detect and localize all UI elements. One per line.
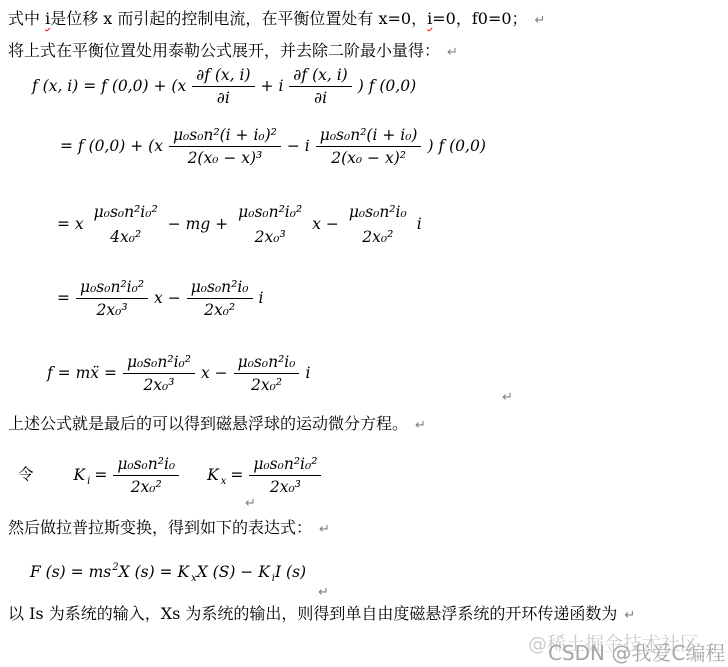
formula-term: ) f (0,0) xyxy=(358,77,416,95)
formula-term: i xyxy=(305,364,310,382)
fraction: ∂f (x, i)∂i xyxy=(289,66,351,107)
fraction: μ₀s₀n²(i + i₀)²2(x₀ − x)³ xyxy=(169,126,281,167)
formula-term: = x xyxy=(57,215,84,233)
formula-term: i xyxy=(417,215,422,233)
fraction: μ₀s₀n²i₀²2x₀³ xyxy=(76,278,148,319)
fraction-numerator: μ₀s₀n²i₀² xyxy=(90,203,162,226)
formula-term: = xyxy=(94,466,107,484)
fraction-numerator: ∂f (x, i) xyxy=(192,66,254,87)
text-segment: 上述公式就是最后的可以得到磁悬浮球的运动微分方程。 xyxy=(8,414,408,433)
fraction: μ₀s₀n²i₀²2x₀³ xyxy=(249,455,321,496)
formula-term: F (s) = ms xyxy=(30,563,111,581)
fraction-numerator: μ₀s₀n²i₀ xyxy=(113,455,179,476)
document-page: 式中 i是位移 x 而引起的控制电流，在平衡位置处有 x=0，i=0，f0=0；… xyxy=(0,0,728,667)
formula-term: i xyxy=(259,289,264,307)
fraction-denominator: 2x₀² xyxy=(187,299,253,319)
formula-term: f (x, i) = f (0,0) + (x xyxy=(32,77,186,95)
fraction-numerator: μ₀s₀n²i₀² xyxy=(249,455,321,476)
paragraph-laplace-transform: 然后做拉普拉斯变换，得到如下的表达式：↵ xyxy=(8,517,330,541)
text-segment: 然后做拉普拉斯变换，得到如下的表达式： xyxy=(8,518,312,537)
formula-term: + i xyxy=(261,77,284,95)
fraction: μ₀s₀n²i₀²2x₀³ xyxy=(123,353,195,394)
formula-term: x − xyxy=(154,289,181,307)
fraction-denominator: 2x₀² xyxy=(113,476,179,496)
fraction-denominator: ∂i xyxy=(192,87,254,107)
formula-term: Ki xyxy=(74,466,91,484)
watermark-juejin: @稀土掘金技术社区 xyxy=(528,629,699,656)
fraction: μ₀s₀n²i₀2x₀² xyxy=(234,353,300,394)
fraction-denominator: 2x₀³ xyxy=(249,476,321,496)
pilcrow-mark: ↵ xyxy=(245,496,256,511)
fraction: μ₀s₀n²i₀²4x₀² xyxy=(90,203,162,246)
formula-term: Kx xyxy=(207,466,226,484)
fraction: μ₀s₀n²i₀2x₀² xyxy=(345,203,411,246)
pilcrow-mark: ↵ xyxy=(447,45,458,60)
formula-term: − i xyxy=(287,137,310,155)
fraction-numerator: μ₀s₀n²i₀ xyxy=(234,353,300,374)
coefficient-base: K xyxy=(207,466,219,484)
text-segment: 以 Is 为系统的输入，Xs 为系统的输出，则得到单自由度磁悬浮系统的开环传递函… xyxy=(8,604,617,623)
formula-laplace: F (s) = ms2X (s) = KxX (S) − KiI (s) xyxy=(30,562,306,584)
pilcrow-mark: ↵ xyxy=(319,522,330,537)
formula-term: X (S) − K xyxy=(197,563,270,581)
fraction-denominator: 2x₀³ xyxy=(123,374,195,394)
formula-motion-equation: f = mẍ =μ₀s₀n²i₀²2x₀³x −μ₀s₀n²i₀2x₀²i xyxy=(45,353,312,394)
formula-term: x − xyxy=(312,215,339,233)
formula-term: = xyxy=(57,289,70,307)
fraction-numerator: μ₀s₀n²i₀² xyxy=(123,353,195,374)
pilcrow-mark: ↵ xyxy=(624,608,635,623)
fraction-denominator: 2(x₀ − x)² xyxy=(316,147,422,167)
pilcrow-mark: ↵ xyxy=(415,418,426,433)
coefficient-base: K xyxy=(74,466,86,484)
text-segment: 将上式在平衡位置处用泰勒公式展开，并去除二阶最小量得： xyxy=(8,41,440,60)
fraction-denominator: 4x₀² xyxy=(90,226,162,246)
formula-term: = f (0,0) + (x xyxy=(60,137,163,155)
formula-term: − mg + xyxy=(168,215,228,233)
fraction-numerator: μ₀s₀n²(i + i₀) xyxy=(316,126,422,147)
fraction: μ₀s₀n²i₀2x₀² xyxy=(113,455,179,496)
formula-term: I (s) xyxy=(275,563,306,581)
formula-term: = xyxy=(230,466,243,484)
fraction-numerator: μ₀s₀n²i₀ xyxy=(345,203,411,226)
fraction: μ₀s₀n²i₀²2x₀³ xyxy=(234,203,306,246)
fraction-numerator: μ₀s₀n²i₀² xyxy=(76,278,148,299)
pilcrow-mark: ↵ xyxy=(502,390,513,405)
fraction-numerator: μ₀s₀n²(i + i₀)² xyxy=(169,126,281,147)
paragraph-differential-equation: 上述公式就是最后的可以得到磁悬浮球的运动微分方程。↵ xyxy=(8,413,426,437)
paragraph-taylor-expansion: 将上式在平衡位置处用泰勒公式展开，并去除二阶最小量得：↵ xyxy=(8,40,458,64)
formula-term: x − xyxy=(201,364,228,382)
text-segment: =0，f0=0； xyxy=(432,9,527,28)
text-segment: 式中 xyxy=(8,9,45,28)
fraction-numerator: ∂f (x, i) xyxy=(289,66,351,87)
formula-expanded: = f (0,0) + (xμ₀s₀n²(i + i₀)²2(x₀ − x)³−… xyxy=(58,126,488,167)
formula-linearized: = xμ₀s₀n²i₀²4x₀²− mg +μ₀s₀n²i₀²2x₀³x −μ₀… xyxy=(55,203,424,246)
fraction: ∂f (x, i)∂i xyxy=(192,66,254,107)
pilcrow-mark: ↵ xyxy=(535,13,546,28)
formula-term: f = mẍ = xyxy=(47,364,117,382)
formula-term: ) f (0,0) xyxy=(427,137,485,155)
fraction-numerator: μ₀s₀n²i₀ xyxy=(187,278,253,299)
formula-term-let: 令 xyxy=(18,466,34,484)
coefficient-subscript: x xyxy=(221,476,227,487)
fraction-denominator: 2x₀³ xyxy=(76,299,148,319)
coefficient-subscript: i xyxy=(87,476,90,487)
fraction-denominator: 2(x₀ − x)³ xyxy=(169,147,281,167)
formula-term: X (s) = K xyxy=(119,563,189,581)
pilcrow-mark: ↵ xyxy=(318,585,329,600)
fraction-numerator: μ₀s₀n²i₀² xyxy=(234,203,306,226)
paragraph-intro-current: 式中 i是位移 x 而引起的控制电流，在平衡位置处有 x=0，i=0，f0=0；… xyxy=(8,8,545,32)
fraction-denominator: 2x₀² xyxy=(234,374,300,394)
watermark-csdn: CSDN @我爱C编程 xyxy=(548,637,725,666)
fraction-denominator: 2x₀² xyxy=(345,226,411,246)
formula-taylor: f (x, i) = f (0,0) + (x∂f (x, i)∂i+ i∂f … xyxy=(30,66,418,107)
fraction: μ₀s₀n²(i + i₀)2(x₀ − x)² xyxy=(316,126,422,167)
formula-coefficients: 令Ki=μ₀s₀n²i₀2x₀²Kx=μ₀s₀n²i₀²2x₀³ xyxy=(18,455,325,496)
paragraph-open-loop-transfer: 以 Is 为系统的输入，Xs 为系统的输出，则得到单自由度磁悬浮系统的开环传递函… xyxy=(8,603,635,627)
text-segment: 是位移 x 而引起的控制电流，在平衡位置处有 x=0， xyxy=(50,9,427,28)
fraction: μ₀s₀n²i₀2x₀² xyxy=(187,278,253,319)
fraction-denominator: ∂i xyxy=(289,87,351,107)
fraction-denominator: 2x₀³ xyxy=(234,226,306,246)
formula-simplified: =μ₀s₀n²i₀²2x₀³x −μ₀s₀n²i₀2x₀²i xyxy=(55,278,266,319)
